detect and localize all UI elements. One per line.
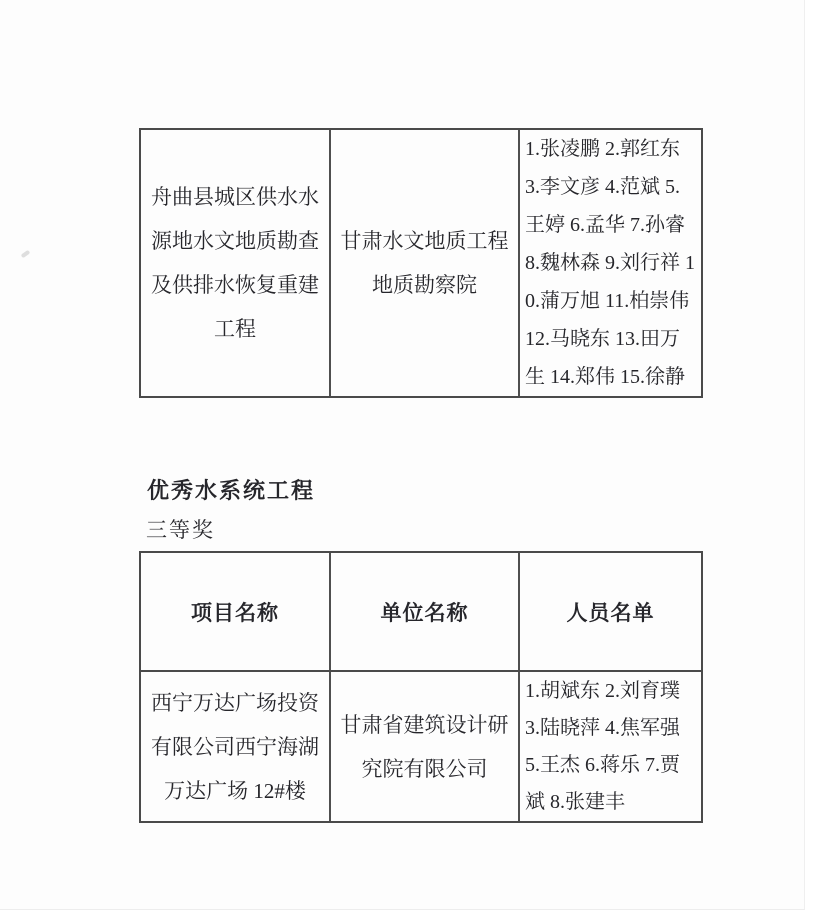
award-table-third-prize: 项目名称 单位名称 人员名单 西宁万达广场投资有限公司西宁海湖万达广场 12#楼… xyxy=(139,551,703,823)
table-row: 西宁万达广场投资有限公司西宁海湖万达广场 12#楼 甘肃省建筑设计研究院有限公司… xyxy=(141,672,701,821)
award-level-label: 三等奖 xyxy=(146,517,215,543)
unit-name-header: 单位名称 xyxy=(329,553,518,670)
unit-name-cell: 甘肃水文地质工程地质勘察院 xyxy=(329,130,518,396)
table-row: 舟曲县城区供水水源地水文地质勘查及供排水恢复重建工程 甘肃水文地质工程地质勘察院… xyxy=(141,130,701,396)
table-header-row: 项目名称 单位名称 人员名单 xyxy=(141,553,701,672)
project-name-header: 项目名称 xyxy=(141,553,329,670)
project-name-cell: 西宁万达广场投资有限公司西宁海湖万达广场 12#楼 xyxy=(141,672,329,821)
members-list-cell: 1.张凌鹏 2.郭红东 3.李文彦 4.范斌 5.王婷 6.孟华 7.孙睿 8.… xyxy=(518,130,701,396)
scanned-document-page: 舟曲县城区供水水源地水文地质勘查及供排水恢复重建工程 甘肃水文地质工程地质勘察院… xyxy=(0,0,826,915)
unit-name-cell: 甘肃省建筑设计研究院有限公司 xyxy=(329,672,518,821)
project-name-cell: 舟曲县城区供水水源地水文地质勘查及供排水恢复重建工程 xyxy=(141,130,329,396)
members-list-header: 人员名单 xyxy=(518,553,701,670)
award-table-continued: 舟曲县城区供水水源地水文地质勘查及供排水恢复重建工程 甘肃水文地质工程地质勘察院… xyxy=(139,128,703,398)
section-heading: 优秀水系统工程 xyxy=(147,478,315,504)
members-list-cell: 1.胡斌东 2.刘育璞 3.陆晓萍 4.焦军强 5.王杰 6.蒋乐 7.贾斌 8… xyxy=(518,672,701,821)
